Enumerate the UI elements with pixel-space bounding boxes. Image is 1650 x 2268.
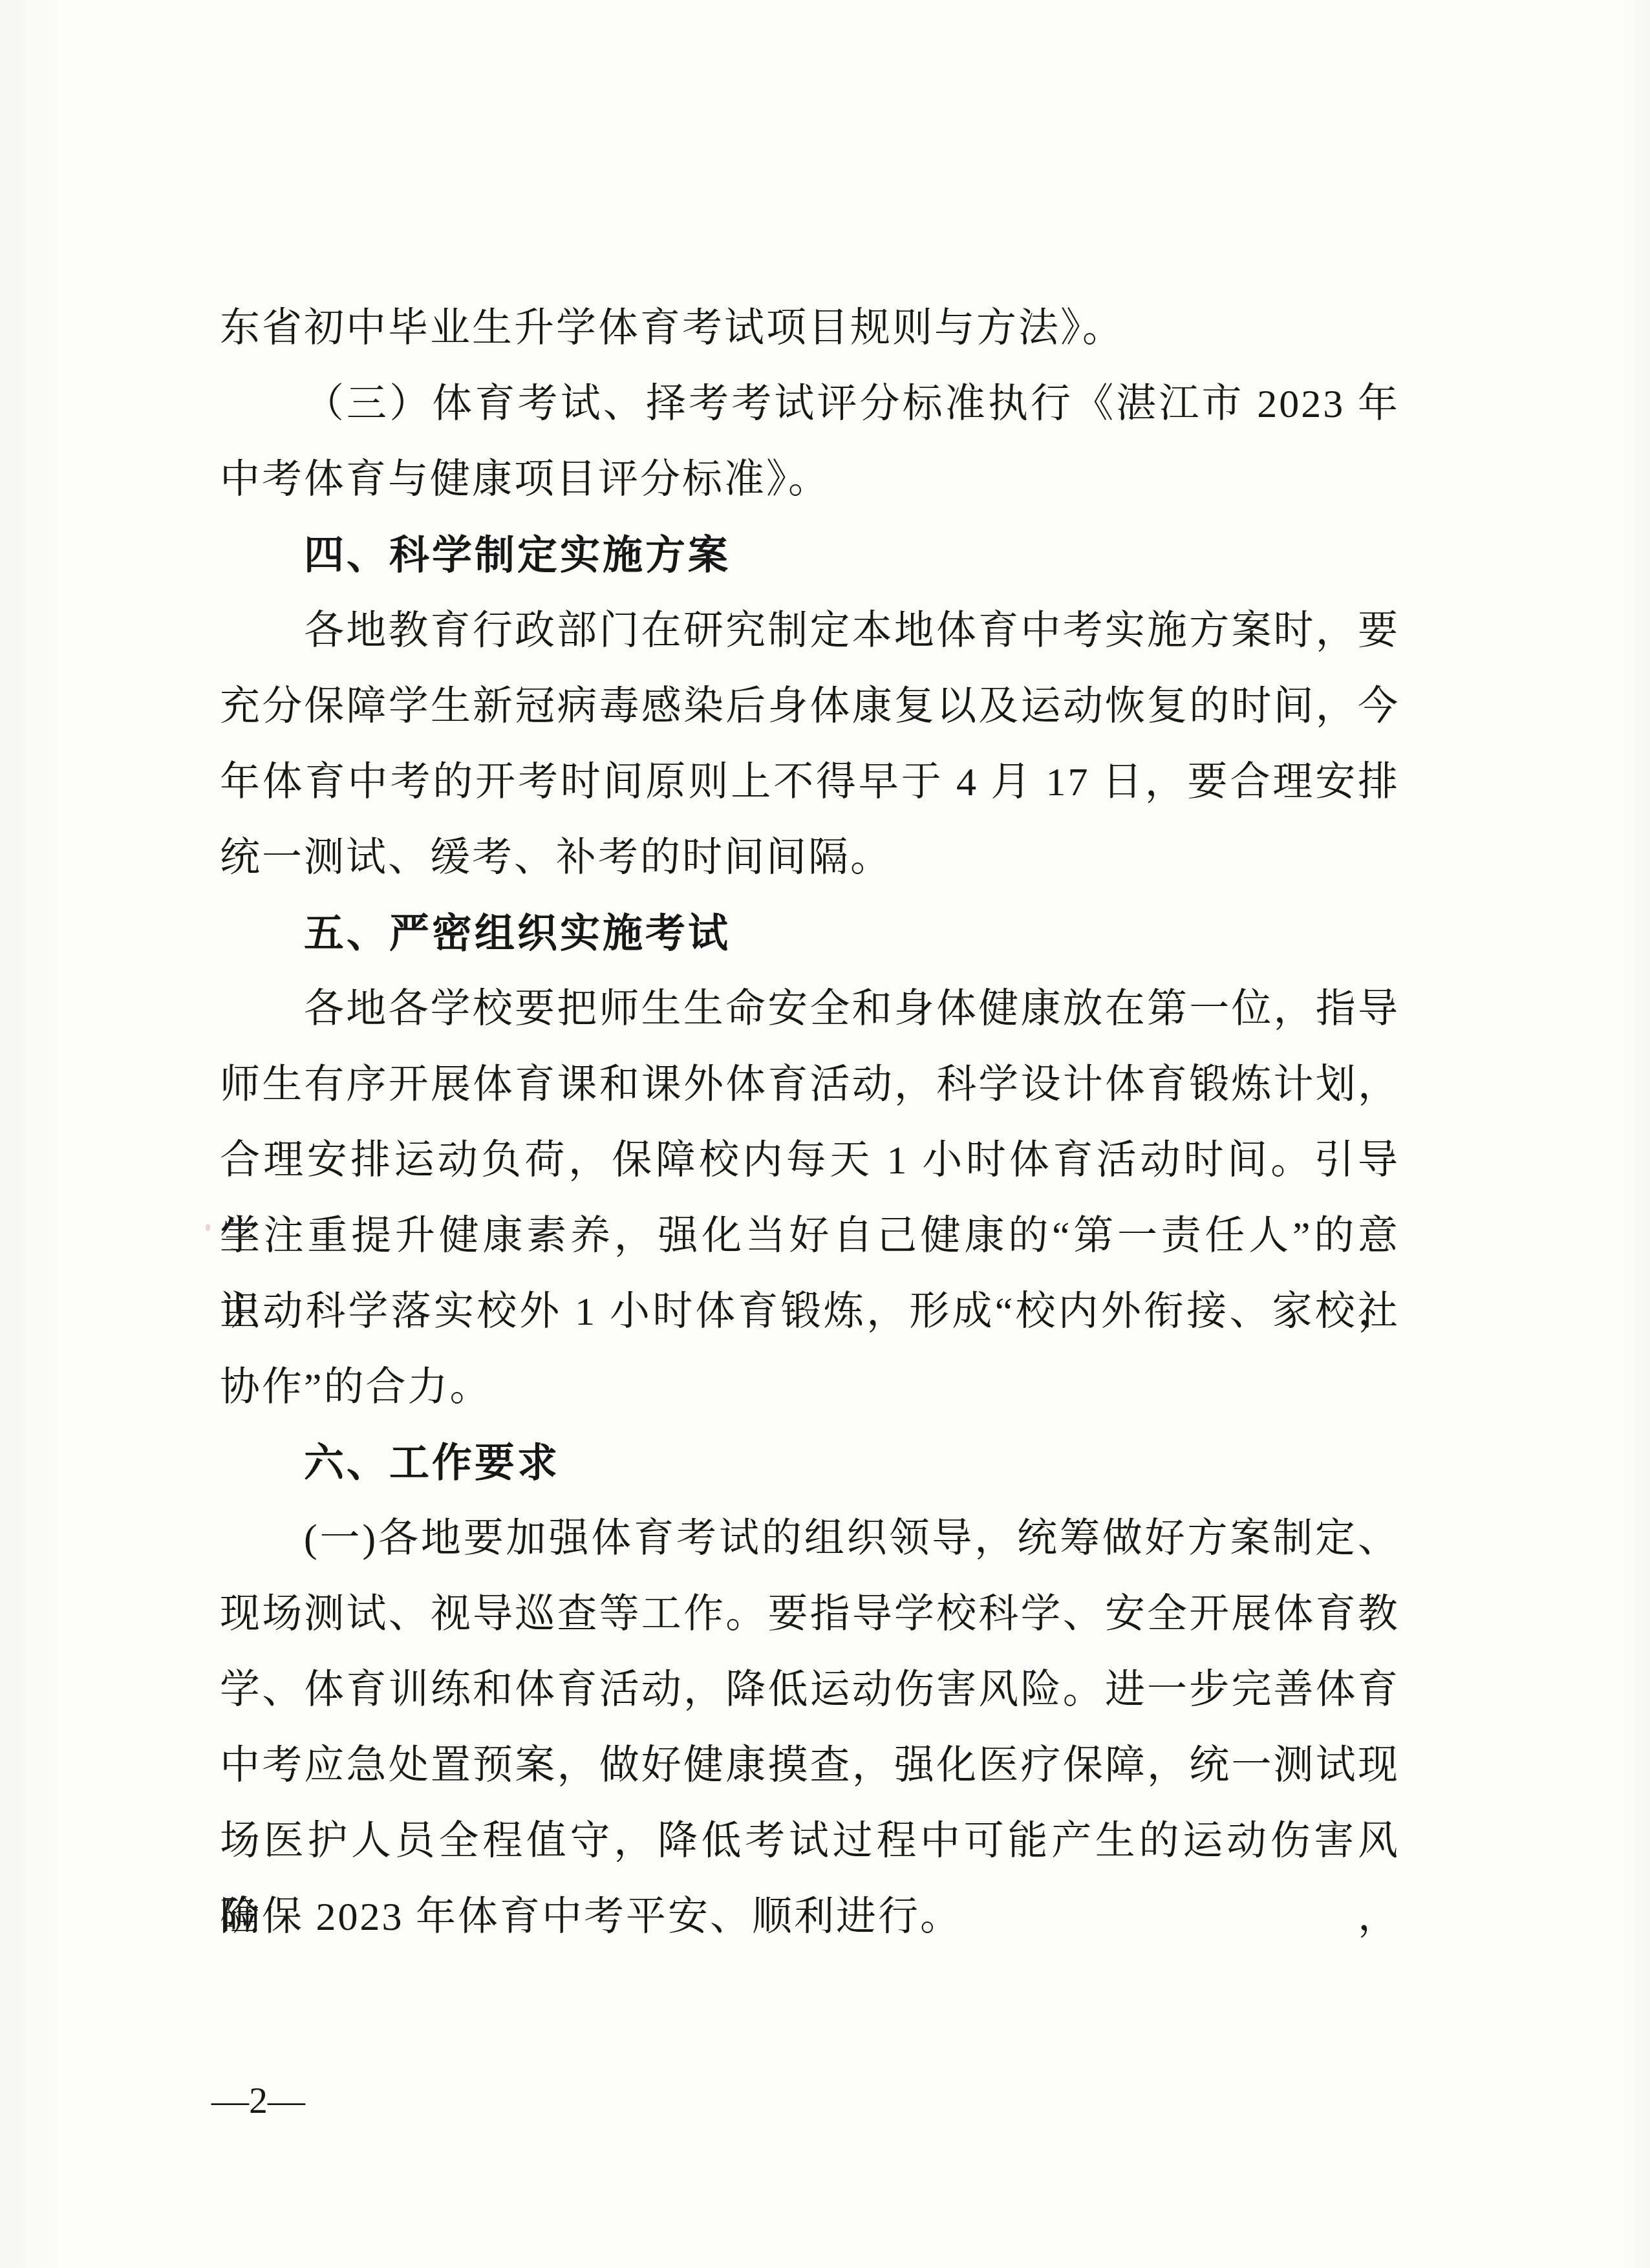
text-line-17: (一)各地要加强体育考试的组织领导，统筹做好方案制定、 [220, 1501, 1400, 1577]
text-line-20: 中考应急处置预案，做好健康摸查，强化医疗保障，统一测试现 [220, 1728, 1400, 1804]
scan-artifact-speck [206, 1224, 210, 1231]
text-line-13: 生注重提升健康素养，强化当好自己健康的“第一责任人”的意识， [220, 1199, 1400, 1274]
text-line-19: 学、体育训练和体育活动，降低运动伤害风险。进一步完善体育 [220, 1653, 1400, 1728]
page-number: —2— [211, 2079, 305, 2122]
text-line-11: 师生有序开展体育课和课外体育活动，科学设计体育锻炼计划， [220, 1047, 1400, 1123]
text-line-3: 中考体育与健康项目评分标准》。 [220, 442, 1400, 518]
text-line-5: 各地教育行政部门在研究制定本地体育中考实施方案时，要 [220, 594, 1400, 669]
text-line-21: 场医护人员全程值守，降低考试过程中可能产生的运动伤害风险， [220, 1804, 1400, 1879]
text-line-9: 五、严密组织实施考试 [220, 896, 1400, 972]
text-line-16: 六、工作要求 [220, 1426, 1400, 1501]
text-line-1: 东省初中毕业生升学体育考试项目规则与方法》。 [220, 291, 1400, 367]
text-line-7: 年体育中考的开考时间原则上不得早于 4 月 17 日，要合理安排 [220, 745, 1400, 820]
text-line-18: 现场测试、视导巡查等工作。要指导学校科学、安全开展体育教 [220, 1577, 1400, 1653]
document-body: 东省初中毕业生升学体育考试项目规则与方法》。（三）体育考试、择考考试评分标准执行… [220, 291, 1400, 1955]
text-line-15: 协作”的合力。 [220, 1350, 1400, 1426]
text-line-6: 充分保障学生新冠病毒感染后身体康复以及运动恢复的时间，今 [220, 669, 1400, 745]
text-line-4: 四、科学制定实施方案 [220, 518, 1400, 594]
text-line-12: 合理安排运动负荷，保障校内每天 1 小时体育活动时间。引导学 [220, 1123, 1400, 1199]
text-line-10: 各地各学校要把师生生命安全和身体健康放在第一位，指导 [220, 972, 1400, 1047]
text-line-14: 主动科学落实校外 1 小时体育锻炼，形成“校内外衔接、家校社 [220, 1274, 1400, 1350]
text-line-2: （三）体育考试、择考考试评分标准执行《湛江市 2023 年 [220, 367, 1400, 442]
text-line-8: 统一测试、缓考、补考的时间间隔。 [220, 820, 1400, 896]
